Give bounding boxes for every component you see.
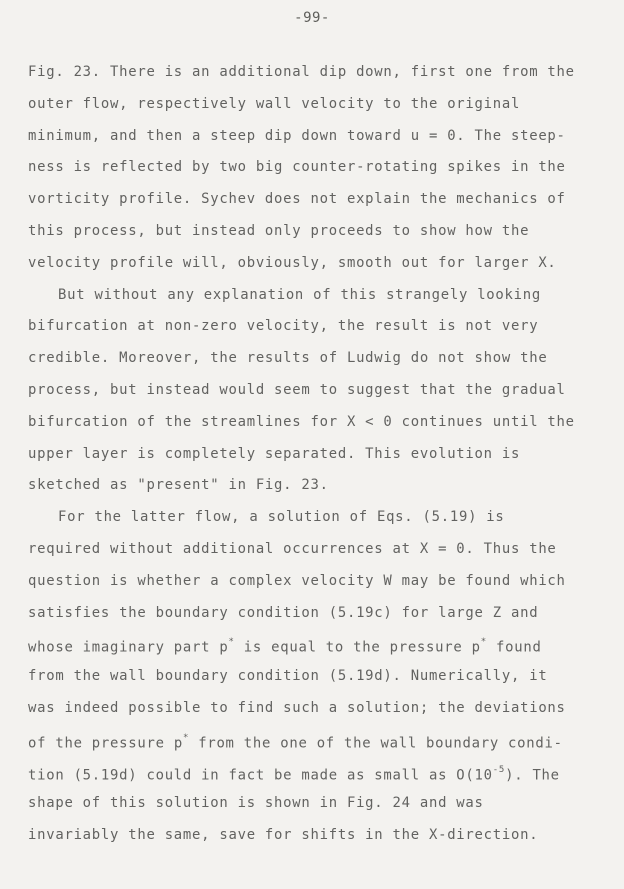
- paragraph: Fig. 23. There is an additional dip down…: [28, 57, 618, 280]
- text-line: sketched as "present" in Fig. 23.: [28, 470, 618, 502]
- text-line: ness is reflected by two big counter-rot…: [28, 152, 618, 184]
- text-line: For the latter flow, a solution of Eqs. …: [28, 502, 618, 534]
- text-line: bifurcation at non-zero velocity, the re…: [28, 311, 618, 343]
- text-line: vorticity profile. Sychev does not expla…: [28, 184, 618, 216]
- text-line: process, but instead would seem to sugge…: [28, 375, 618, 407]
- text-line: Fig. 23. There is an additional dip down…: [28, 57, 618, 89]
- text-line: upper layer is completely separated. Thi…: [28, 439, 618, 471]
- text-line: minimum, and then a steep dip down towar…: [28, 121, 618, 153]
- text-line: But without any explanation of this stra…: [28, 280, 618, 312]
- text-line: was indeed possible to find such a solut…: [28, 693, 618, 725]
- paragraph: For the latter flow, a solution of Eqs. …: [28, 502, 618, 852]
- text-line: whose imaginary part p* is equal to the …: [28, 629, 618, 661]
- text-line: outer flow, respectively wall velocity t…: [28, 89, 618, 121]
- text-line: this process, but instead only proceeds …: [28, 216, 618, 248]
- text-line: velocity profile will, obviously, smooth…: [28, 248, 618, 280]
- text-line: question is whether a complex velocity W…: [28, 566, 618, 598]
- text-line: required without additional occurrences …: [28, 534, 618, 566]
- text-line: from the wall boundary condition (5.19d)…: [28, 661, 618, 693]
- text-line: of the pressure p* from the one of the w…: [28, 725, 618, 757]
- document-page: -99- Fig. 23. There is an additional dip…: [0, 0, 624, 889]
- body-text: Fig. 23. There is an additional dip down…: [28, 57, 618, 852]
- text-line: bifurcation of the streamlines for X < 0…: [28, 407, 618, 439]
- paragraph: But without any explanation of this stra…: [28, 280, 618, 503]
- text-line: shape of this solution is shown in Fig. …: [28, 788, 618, 820]
- page-number: -99-: [0, 10, 624, 26]
- text-line: tion (5.19d) could in fact be made as sm…: [28, 757, 618, 789]
- text-line: invariably the same, save for shifts in …: [28, 820, 618, 852]
- text-line: credible. Moreover, the results of Ludwi…: [28, 343, 618, 375]
- text-line: satisfies the boundary condition (5.19c)…: [28, 598, 618, 630]
